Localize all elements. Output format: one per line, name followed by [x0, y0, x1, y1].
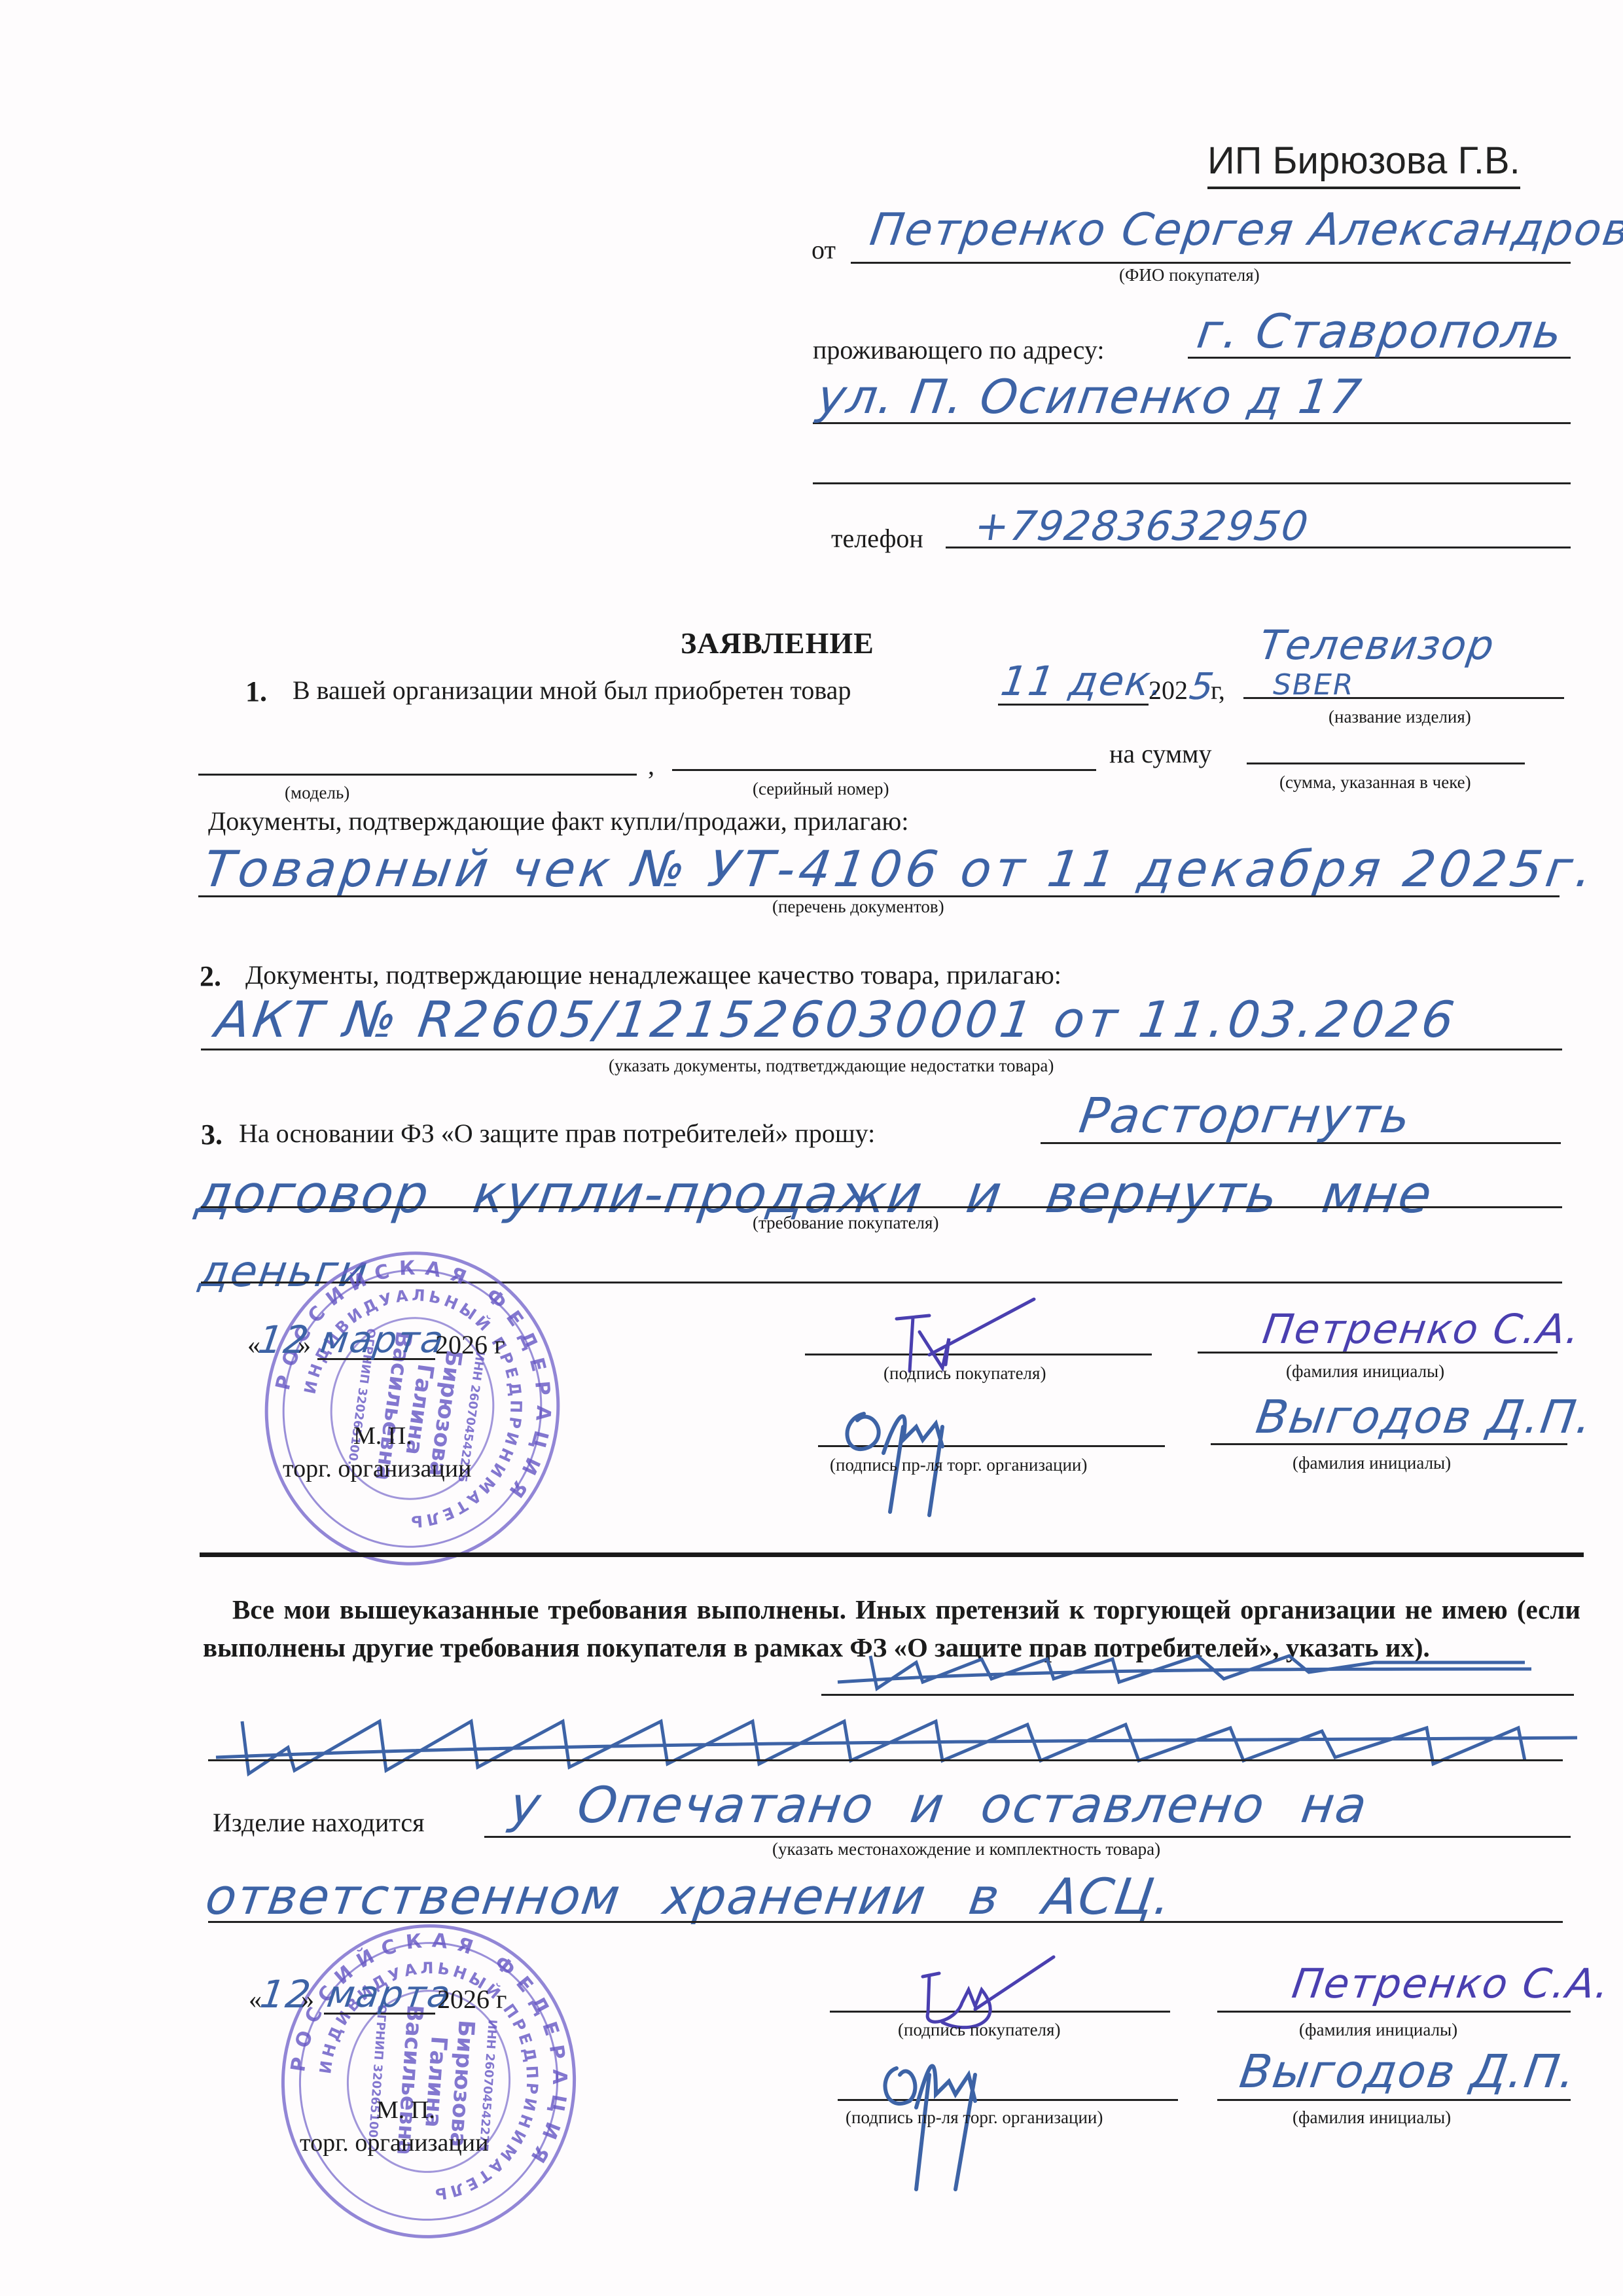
- product-value-2: SBER: [1273, 671, 1355, 700]
- date2-close: »: [301, 1986, 314, 2013]
- location-line-2[interactable]: [208, 1921, 1563, 1923]
- stamp1-mp: М. П.: [353, 1424, 412, 1448]
- buyer2-name-caption: (фамилия инициалы): [1299, 2021, 1457, 2039]
- address-value-2: ул. П. Осипенко д 17: [815, 373, 1365, 420]
- model-comma: ,: [648, 753, 654, 779]
- docs-value: Товарный чек № УТ-4106 от 11 декабря 202…: [201, 844, 1599, 894]
- location-label: Изделие находится: [213, 1810, 425, 1836]
- item3-line-2[interactable]: [201, 1206, 1562, 1208]
- resolution-strikeout-1: [831, 1643, 1551, 1708]
- item3-value-1: Расторгнуть: [1077, 1092, 1414, 1140]
- date1-year: 2026 г: [435, 1332, 505, 1358]
- buyer2-name-value: Петренко С.А.: [1290, 1964, 1613, 2004]
- date2-year: 2026 г: [437, 1986, 507, 2013]
- resolution-strikeout-2: [209, 1708, 1584, 1780]
- item3-caption: (требование покупателя): [753, 1214, 938, 1232]
- location-value-1: у Опечатано и оставлено на: [507, 1780, 1371, 1830]
- product-value-1: Телевизор: [1257, 625, 1498, 666]
- seller1-name-caption: (фамилия инициалы): [1293, 1454, 1451, 1472]
- seller2-name-caption: (фамилия инициалы): [1293, 2109, 1451, 2126]
- company-stamp: РОССИЙСКАЯ ФЕДЕРАЦИЯ ИНДИВИДУАЛЬНЫЙ ПРЕД…: [245, 1232, 580, 1585]
- seller1-signature-caption: (подпись пр-ля торг. организации): [830, 1456, 1087, 1474]
- item2-number: 2.: [200, 962, 221, 991]
- date2-month: марта: [325, 1977, 454, 2013]
- item2-line[interactable]: [201, 1049, 1562, 1050]
- address-value-1: г. Ставрополь: [1194, 308, 1566, 355]
- location-value-2: ответственном хранении в АСЦ.: [203, 1872, 1175, 1922]
- buyer1-signature-caption: (подпись покупателя): [883, 1365, 1046, 1382]
- model-line[interactable]: [198, 774, 637, 776]
- model-caption: (модель): [285, 784, 349, 802]
- item1-number: 1.: [245, 677, 267, 706]
- recipient-org: ИП Бирюзова Г.В.: [1207, 139, 1520, 189]
- sum-caption: (сумма, указанная в чеке): [1279, 774, 1471, 791]
- from-field-line[interactable]: [851, 262, 1571, 264]
- item1-date-value: 11 дек.: [999, 661, 1168, 702]
- from-caption: (ФИО покупателя): [1119, 266, 1260, 284]
- seller1-signature: [825, 1388, 1021, 1518]
- item2-caption: (указать документы, подтветдждающие недо…: [609, 1057, 1054, 1075]
- buyer2-name-line[interactable]: [1217, 2011, 1571, 2013]
- item1-year-g: г,: [1211, 677, 1225, 704]
- location-line-1[interactable]: [484, 1836, 1571, 1838]
- item1-year-prefix: 202: [1149, 677, 1188, 704]
- resolution-line-2[interactable]: [208, 1759, 1563, 1761]
- phone-label: телефон: [831, 526, 923, 552]
- location-caption: (указать местонахождение и комплектность…: [772, 1840, 1160, 1858]
- date1-month: марта: [318, 1322, 447, 1359]
- document-title: ЗАЯВЛЕНИЕ: [681, 628, 874, 658]
- item3-text: На основании ФЗ «О защите прав потребите…: [239, 1121, 875, 1147]
- docs-label: Документы, подтверждающие факт купли/про…: [208, 808, 908, 834]
- sum-label: на сумму: [1109, 741, 1211, 767]
- seller2-name-value: Выгодов Д.П.: [1237, 2049, 1579, 2094]
- stamp1-org: торг. организации: [283, 1456, 471, 1481]
- stamp2-org: торг. организации: [300, 2130, 488, 2155]
- buyer1-name-value: Петренко С.А.: [1260, 1309, 1584, 1350]
- sum-line[interactable]: [1247, 762, 1525, 764]
- serial-caption: (серийный номер): [753, 780, 889, 798]
- company-stamp-2: РОССИЙСКАЯ ФЕДЕРАЦИЯ ИНДИВИДУАЛЬНЫЙ ПРЕД…: [271, 1914, 586, 2248]
- item2-value: АКТ № R2605/121526030001 от 11.03.2026: [213, 995, 1461, 1045]
- serial-line[interactable]: [672, 769, 1096, 771]
- phone-value: +79283632950: [972, 506, 1312, 547]
- from-label: от: [811, 237, 836, 263]
- buyer1-name-caption: (фамилия инициалы): [1286, 1363, 1444, 1380]
- product-caption: (название изделия): [1329, 708, 1471, 726]
- item1-text: В вашей организации мной был приобретен …: [293, 677, 851, 704]
- date1-close: »: [298, 1332, 311, 1358]
- seller2-signature-caption: (подпись пр-ля торг. организации): [846, 2109, 1103, 2126]
- docs-caption: (перечень документов): [772, 898, 944, 916]
- seller1-name-value: Выгодов Д.П.: [1253, 1394, 1596, 1440]
- stamp2-mp: М. П.: [376, 2098, 435, 2123]
- section-separator: [200, 1552, 1584, 1557]
- item3-number: 3.: [201, 1121, 223, 1149]
- item2-text: Документы, подтверждающие ненадлежащее к…: [245, 962, 1061, 988]
- address-line-3[interactable]: [813, 482, 1571, 484]
- from-value: Петренко Сергея Александровича: [867, 208, 1623, 253]
- seller2-name-line[interactable]: [1217, 2099, 1571, 2101]
- address-label: проживающего по адресу:: [813, 337, 1105, 363]
